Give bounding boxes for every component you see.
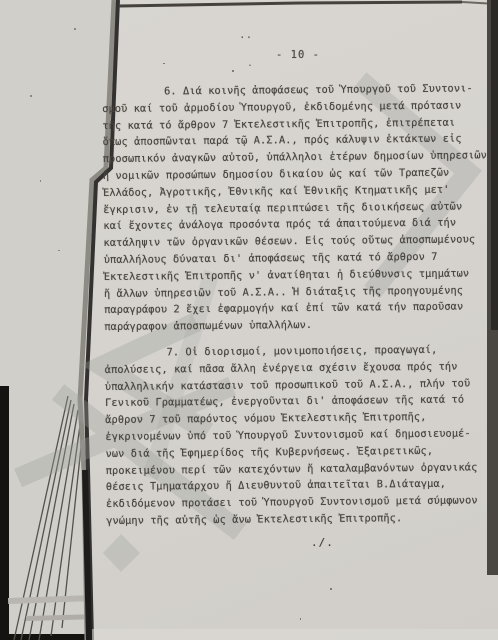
page-number: - 10 - <box>276 49 320 61</box>
scanned-document-page: ·· - 10 - . 6. Διά κοινῆς ἀποφάσεως τοῦ … <box>0 0 498 640</box>
watermark-stroke <box>103 534 140 572</box>
typewritten-text: 6. Διά κοινῆς ἀποφάσεως τοῦ Ὑπουργοῦ τοῦ… <box>102 80 488 529</box>
continuation-mark: ./. <box>311 536 334 549</box>
stray-ink-mark: ·· <box>239 31 252 44</box>
stray-ink-mark: . <box>247 58 253 69</box>
text-line: παράγραφον ἀποσπωμένων ὑπαλλήλων. <box>104 315 486 335</box>
